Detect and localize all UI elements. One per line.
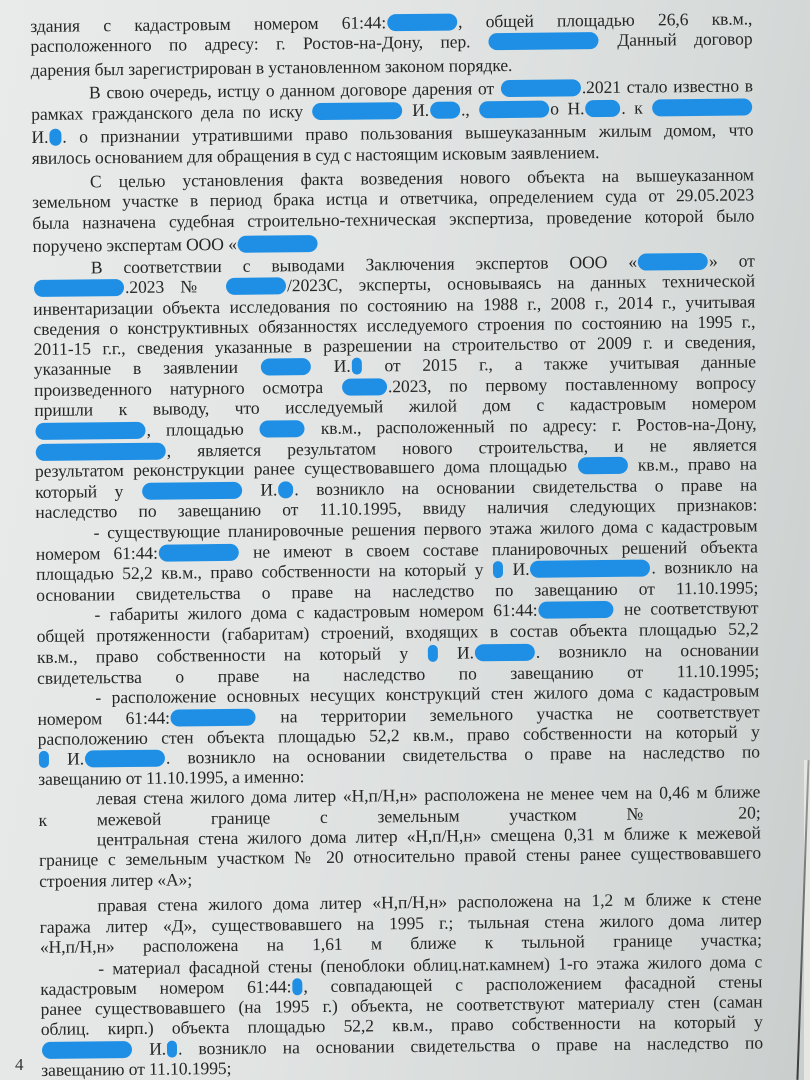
text-segment: рамках гражданского дела по иску <box>31 101 312 124</box>
text-segment: И. <box>403 100 429 120</box>
redaction-mark <box>313 102 403 120</box>
redaction-mark <box>35 422 145 440</box>
redaction-mark <box>538 601 613 619</box>
text-segment: расположенного по адресу: г. Ростов-на-Д… <box>30 31 488 56</box>
text-segment: И. <box>504 559 530 579</box>
text-segment: не соответствуют <box>614 597 758 619</box>
redaction-mark <box>142 482 242 500</box>
text-segment: . возникло на <box>651 556 758 577</box>
redaction-mark <box>652 98 752 116</box>
text-segment: И. <box>133 1039 166 1059</box>
redaction-mark <box>530 560 650 578</box>
text-segment: завещанию от 11.10.1995, а именно: <box>38 766 304 789</box>
text-segment: .2023 № <box>125 276 225 297</box>
text-segment: о Н. <box>550 98 584 118</box>
text-segment: номером 61:44: <box>36 543 158 564</box>
text-segment: И. <box>50 748 84 768</box>
redaction-mark <box>342 378 387 395</box>
text-segment: . к <box>621 98 651 118</box>
text-segment: . возникло на основании <box>536 639 759 661</box>
text-segment: И. <box>312 356 351 376</box>
redaction-mark <box>585 100 620 117</box>
text-segment: завещанию от 11.10.1995; <box>41 1058 231 1080</box>
text-segment: И. <box>243 479 278 499</box>
redaction-mark <box>475 644 535 662</box>
redaction-mark <box>39 751 49 768</box>
text-segment: кадастровым номером 61:44: <box>40 976 291 999</box>
redaction-mark <box>351 358 361 375</box>
text-segment: от 2015 г., а также учитывая данные <box>362 351 755 375</box>
redaction-mark <box>49 129 61 146</box>
redaction-mark <box>577 457 627 475</box>
redaction-mark <box>34 279 124 297</box>
redaction-mark <box>171 709 256 727</box>
redaction-mark <box>638 253 708 271</box>
redaction-mark <box>479 101 549 119</box>
redaction-mark <box>238 235 318 253</box>
redaction-mark <box>85 750 165 768</box>
text-segment: И. <box>438 642 474 662</box>
redaction-mark <box>493 561 503 578</box>
redaction-mark <box>489 32 599 50</box>
text-segment: номером 61:44: <box>37 708 170 729</box>
redaction-mark <box>430 102 460 119</box>
redaction-mark <box>387 14 457 32</box>
text-segment: дарения был зарегистрирован в установлен… <box>31 55 513 80</box>
text-segment: » от <box>709 250 755 270</box>
redaction-mark <box>36 443 166 461</box>
redaction-mark <box>501 79 581 97</box>
text-segment: , площадью <box>146 419 258 440</box>
redaction-mark <box>42 1041 132 1059</box>
redaction-mark <box>278 481 293 498</box>
redaction-mark <box>292 978 302 995</box>
redaction-mark <box>159 544 239 562</box>
text-segment: ., <box>461 99 478 119</box>
text-segment: Данный договор <box>600 28 753 50</box>
redaction-mark <box>261 358 311 376</box>
text-segment: поручено экспертам ООО « <box>32 234 236 256</box>
text-segment: строения литер «А»; <box>39 869 192 891</box>
text-segment: кв.м., право на <box>628 453 757 474</box>
redaction-mark <box>167 1041 177 1058</box>
redaction-mark <box>260 420 305 437</box>
redaction-mark <box>427 645 437 662</box>
redaction-mark <box>226 277 286 295</box>
page-number: 4 <box>15 1055 24 1075</box>
text-segment: И. <box>31 127 48 147</box>
text-segment: который у <box>35 481 141 502</box>
text-segment: кв.м., право собственности на который у <box>37 643 427 667</box>
text-segment: указанные в заявлении <box>34 357 260 379</box>
text-segment: .2021 стало известно в <box>582 75 753 97</box>
